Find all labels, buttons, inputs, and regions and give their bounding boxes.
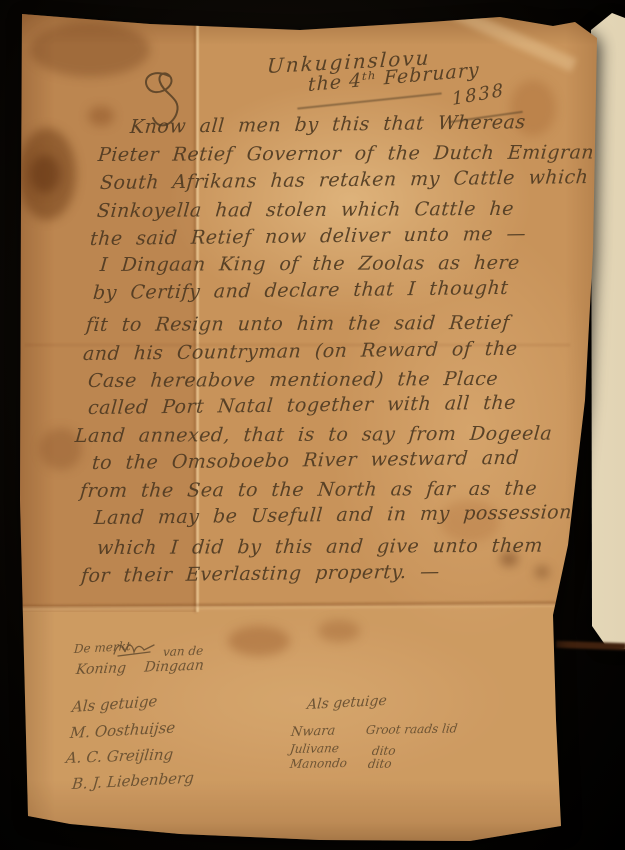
witness-note: dito: [371, 745, 396, 757]
treaty-document: Unkuginslovu the 4ᵗʰ February 1838 Know …: [0, 0, 625, 850]
treaty-line: by Certify and declare that I thought: [92, 279, 509, 303]
witness-name: Julivane: [289, 742, 339, 755]
treaty-line: Pieter Retief Governor of the Dutch Emig…: [97, 143, 603, 165]
treaty-line: Land annexed, that is to say from Dogeel…: [74, 424, 553, 446]
treaty-line: Know all men by this that Whereas: [129, 113, 526, 137]
stain: [88, 106, 114, 126]
treaty-line: I Dingaan King of the Zoolas as here: [99, 254, 520, 275]
treaty-line: the said Retief now deliver unto me —: [89, 225, 527, 249]
treaty-line: fit to Resign unto him the said Retief: [85, 314, 510, 335]
heading-year: 1838: [451, 82, 505, 109]
dingaan-mark-icon: [112, 640, 160, 658]
treaty-line: Sinkoyella had stolen which Cattle he: [96, 200, 515, 221]
treaty-line: which I did by this and give unto them: [96, 537, 543, 558]
witness-note: dito: [367, 758, 392, 770]
witness-signature: A. C. Greijling: [65, 747, 174, 766]
treaty-line: for their Everlasting property. —: [80, 563, 440, 586]
treaty-line: from the Sea to the North as far as the: [79, 480, 538, 501]
treaty-line: to the Omsoboebo River westward and: [91, 449, 519, 473]
stain: [228, 626, 290, 656]
treaty-line: and his Countryman (on Reward of the: [82, 340, 518, 364]
treaty-line: Land may be Usefull and in my possession: [93, 503, 572, 528]
witnesses-right-title: Als getuige: [306, 694, 387, 712]
stain: [535, 566, 549, 578]
stain: [318, 620, 360, 642]
mark-suffix: van de: [163, 645, 204, 658]
photo-stage: Unkuginslovu the 4ᵗʰ February 1838 Know …: [0, 0, 625, 850]
treaty-line: called Port Natal together with all the: [87, 394, 516, 418]
witness-note: Groot raads lid: [365, 722, 458, 736]
stain: [30, 155, 60, 193]
witness-name: Manondo: [289, 757, 347, 770]
stain: [30, 22, 150, 77]
treaty-line: South Afrikans has retaken my Cattle whi…: [99, 168, 589, 193]
treaty-line: Case hereabove mentioned) the Place: [87, 370, 499, 391]
witness-name: Nwara: [290, 724, 336, 739]
treaty-document-wrap: Unkuginslovu the 4ᵗʰ February 1838 Know …: [0, 0, 625, 850]
